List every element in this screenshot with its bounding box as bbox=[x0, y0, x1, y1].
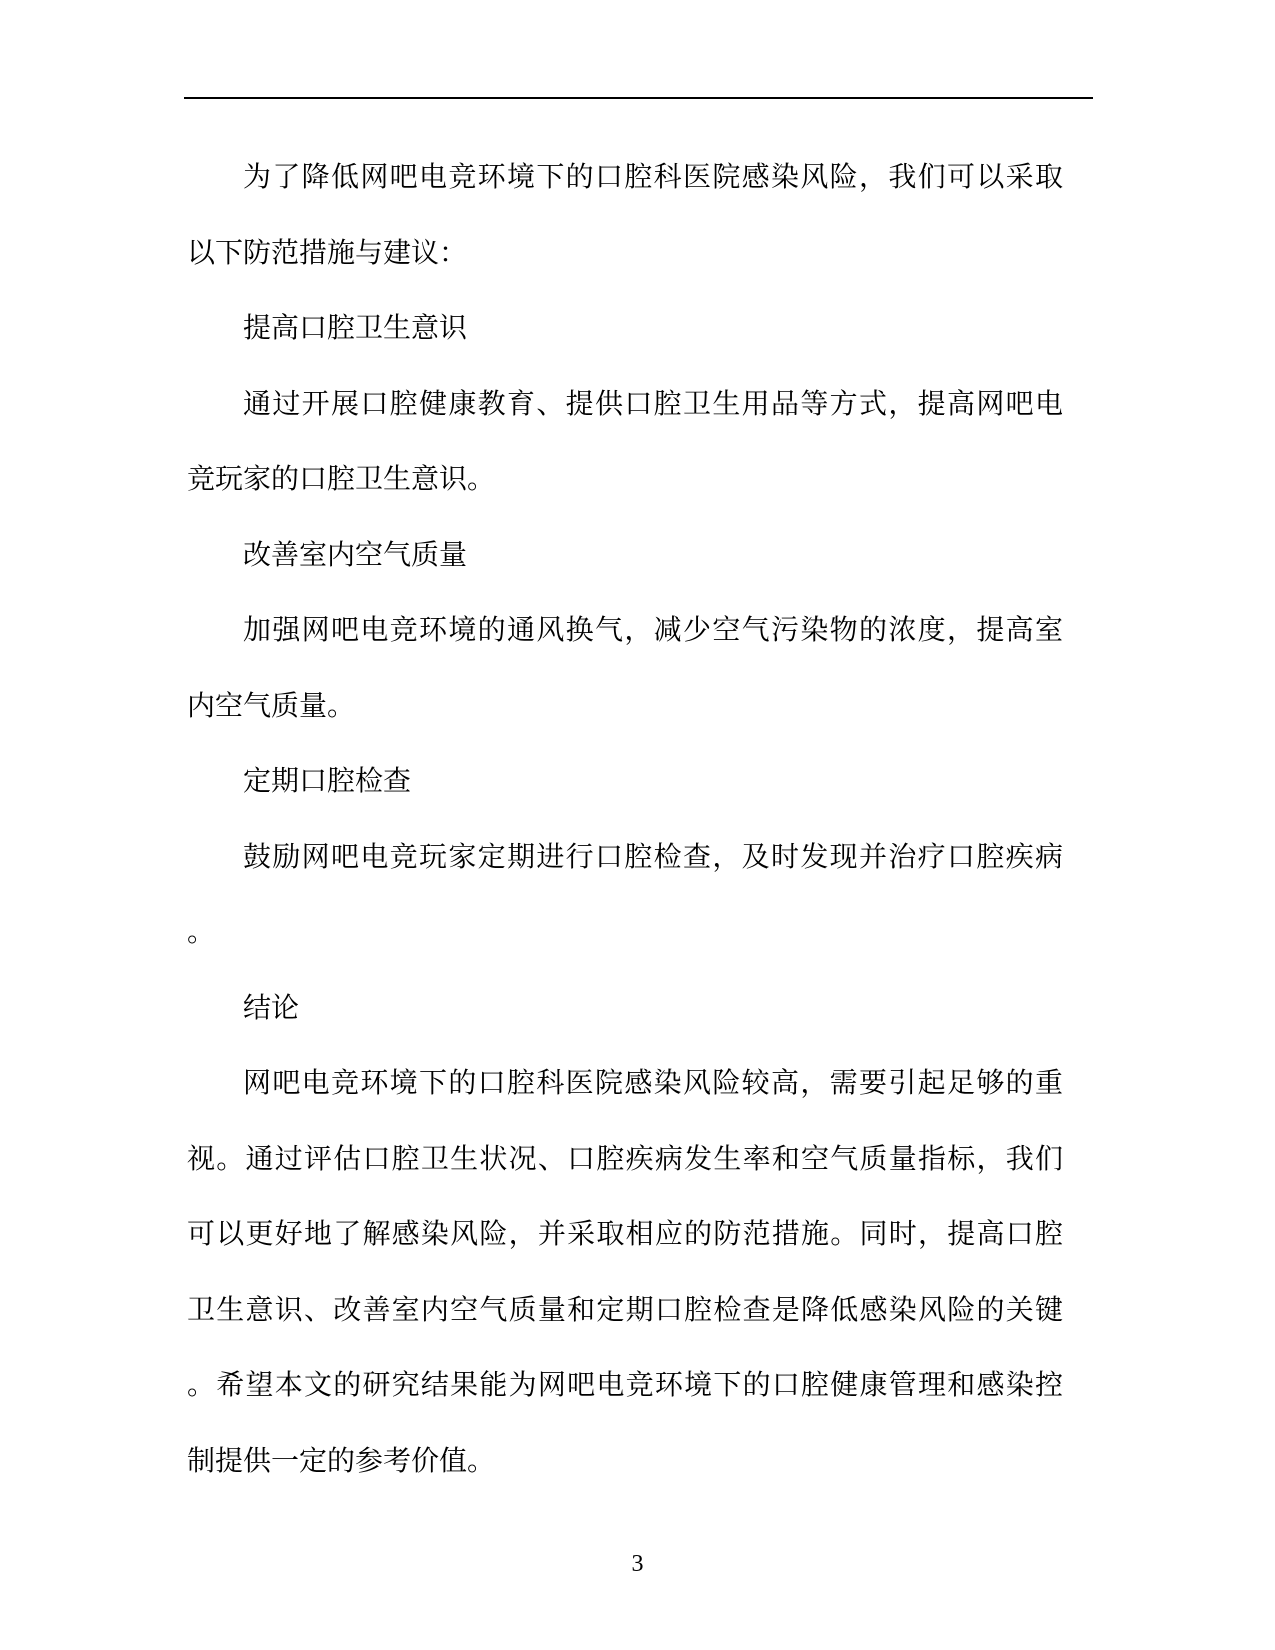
text-line: 内空气质量。 bbox=[187, 668, 1063, 744]
text-line: 改善室内空气质量 bbox=[187, 517, 1063, 593]
text-line: 。希望本文的研究结果能为网吧电竞环境下的口腔健康管理和感染控 bbox=[187, 1347, 1063, 1423]
text-line: 通过开展口腔健康教育、提供口腔卫生用品等方式，提高网吧电 bbox=[187, 366, 1063, 442]
text-line: 卫生意识、改善室内空气质量和定期口腔检查是降低感染风险的关键 bbox=[187, 1272, 1063, 1348]
text-line: 结论 bbox=[187, 970, 1063, 1046]
document-body: 为了降低网吧电竞环境下的口腔科医院感染风险，我们可以采取以下防范措施与建议：提高… bbox=[187, 139, 1063, 1498]
page-number: 3 bbox=[632, 1551, 644, 1577]
text-line: 可以更好地了解感染风险，并采取相应的防范措施。同时，提高口腔 bbox=[187, 1196, 1063, 1272]
text-line: 鼓励网吧电竞玩家定期进行口腔检查，及时发现并治疗口腔疾病 bbox=[187, 819, 1063, 895]
text-line: 定期口腔检查 bbox=[187, 743, 1063, 819]
text-line: 。 bbox=[187, 894, 1063, 970]
text-line: 网吧电竞环境下的口腔科医院感染风险较高，需要引起足够的重 bbox=[187, 1045, 1063, 1121]
text-line: 制提供一定的参考价值。 bbox=[187, 1423, 1063, 1499]
text-line: 以下防范措施与建议： bbox=[187, 215, 1063, 291]
text-line: 视。通过评估口腔卫生状况、口腔疾病发生率和空气质量指标，我们 bbox=[187, 1121, 1063, 1197]
page-footer: 3 bbox=[0, 1548, 1275, 1580]
text-line: 提高口腔卫生意识 bbox=[187, 290, 1063, 366]
document-page: 为了降低网吧电竞环境下的口腔科医院感染风险，我们可以采取以下防范措施与建议：提高… bbox=[0, 0, 1275, 1650]
text-line: 为了降低网吧电竞环境下的口腔科医院感染风险，我们可以采取 bbox=[187, 139, 1063, 215]
text-line: 竞玩家的口腔卫生意识。 bbox=[187, 441, 1063, 517]
text-line: 加强网吧电竞环境的通风换气，减少空气污染物的浓度，提高室 bbox=[187, 592, 1063, 668]
header-divider bbox=[184, 97, 1093, 99]
